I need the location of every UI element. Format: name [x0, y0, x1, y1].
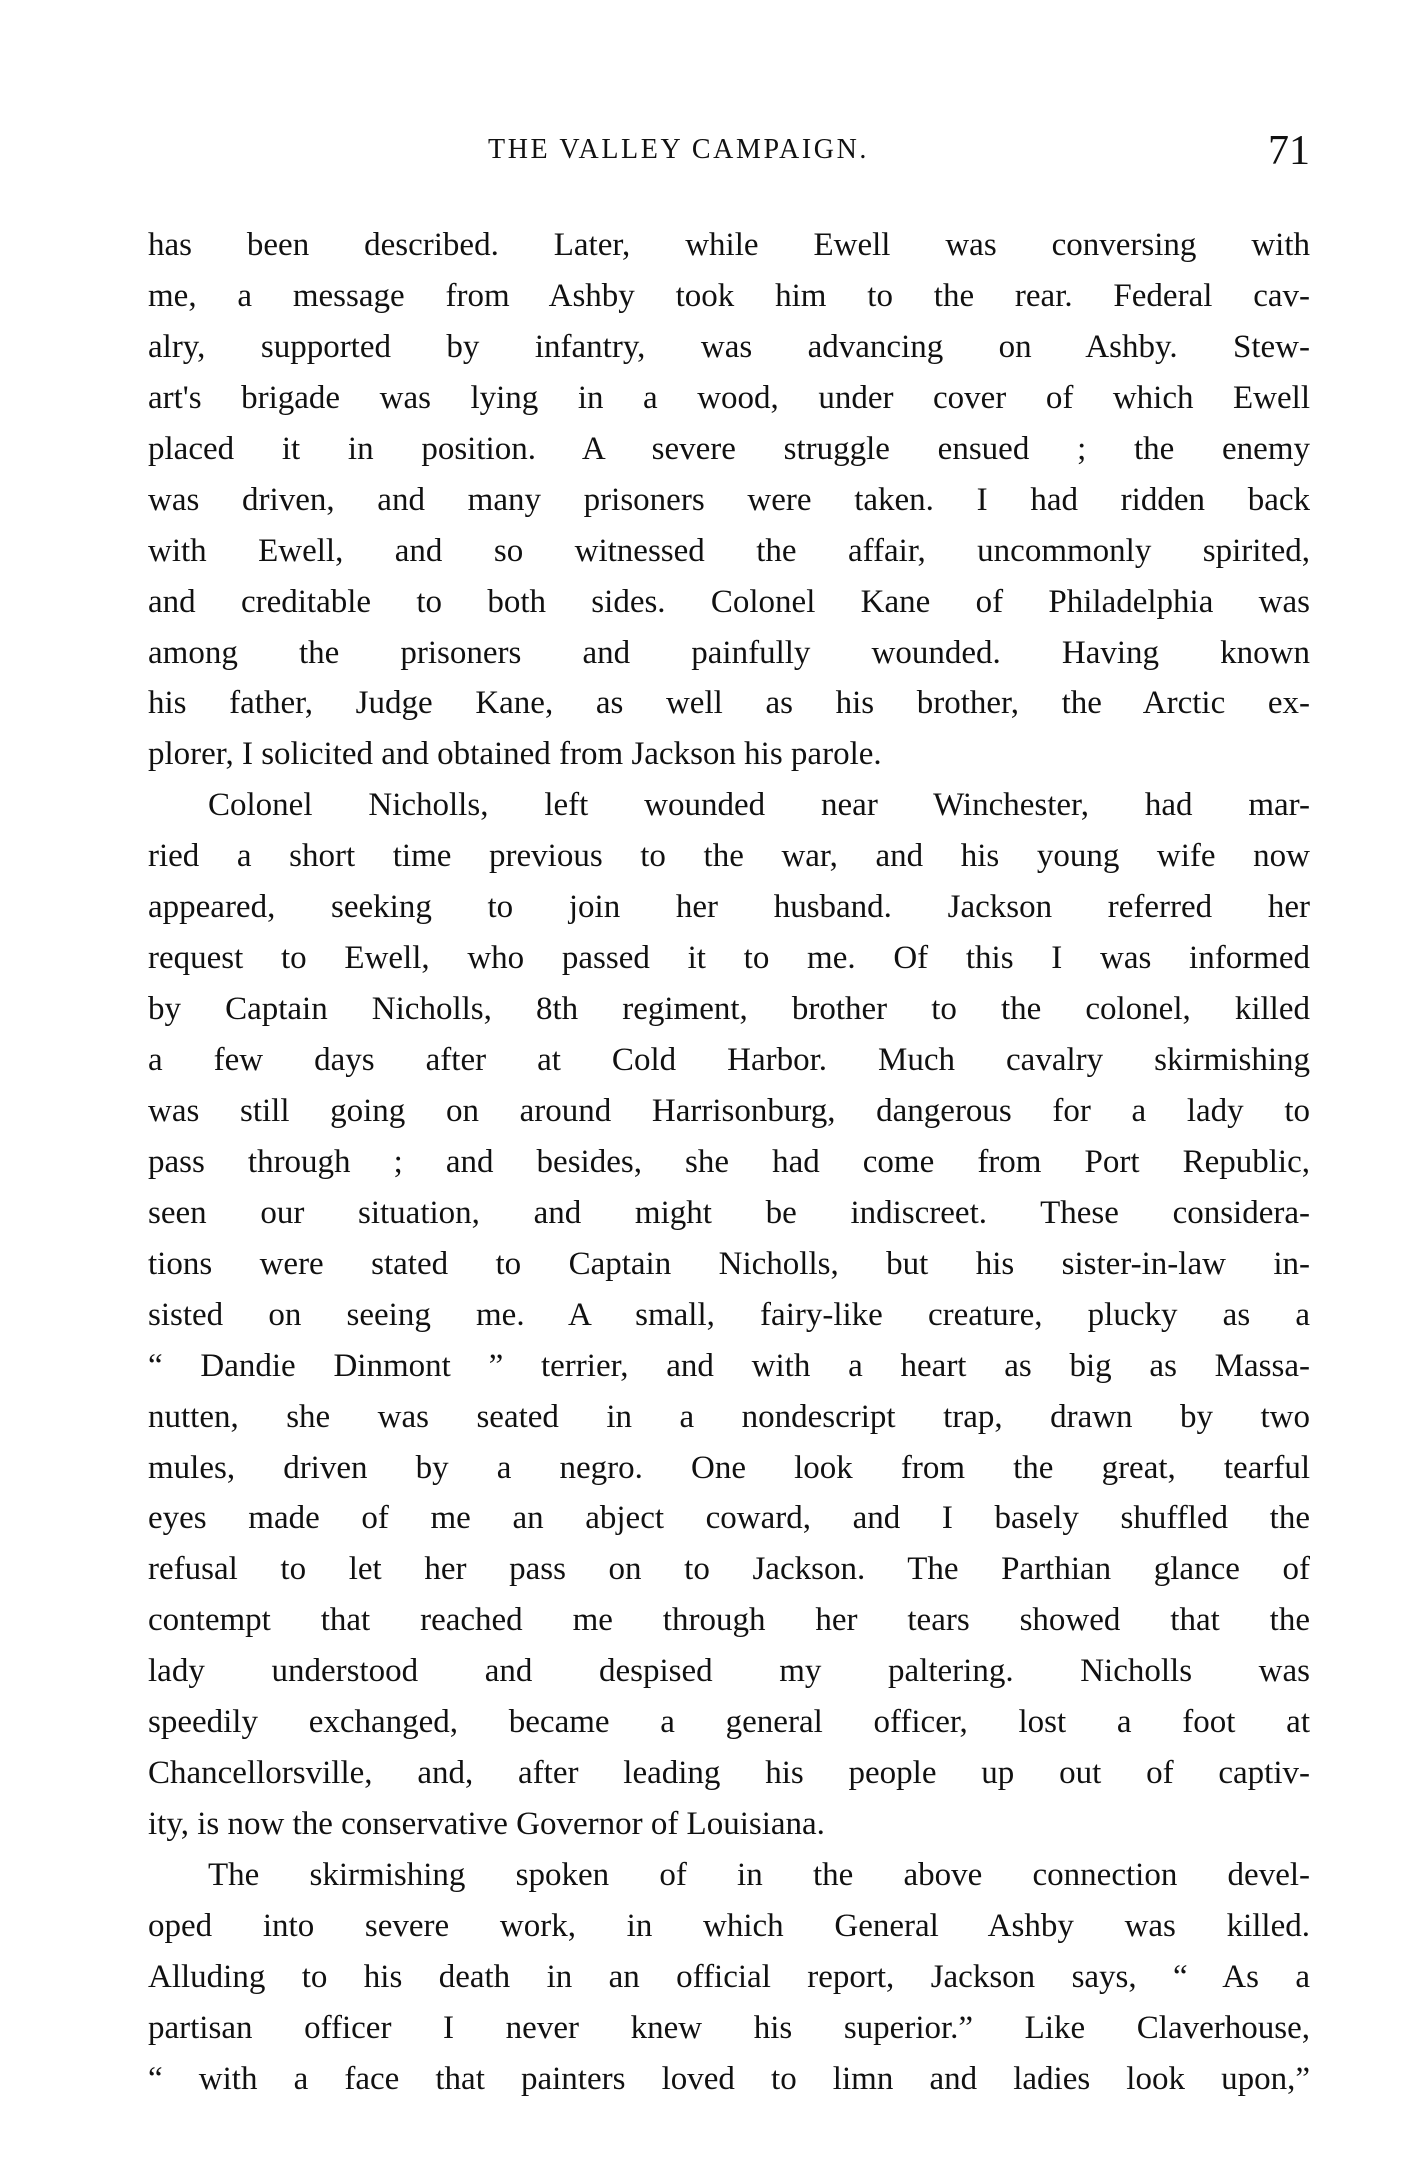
text-line: was still going on around Harrisonburg, … [148, 1086, 1310, 1137]
text-line: lady understood and despised my palterin… [148, 1646, 1310, 1697]
text-line: request to Ewell, who passed it to me. O… [148, 933, 1310, 984]
paragraph-1: has been described. Later, while Ewell w… [148, 220, 1310, 780]
text-line: “ with a face that painters loved to lim… [148, 2054, 1310, 2105]
text-line: sisted on seeing me. A small, fairy-like… [148, 1290, 1310, 1341]
text-line: mules, driven by a negro. One look from … [148, 1443, 1310, 1494]
text-line: was driven, and many prisoners were take… [148, 475, 1310, 526]
text-line: has been described. Later, while Ewell w… [148, 220, 1310, 271]
text-line: art's brigade was lying in a wood, under… [148, 373, 1310, 424]
text-line: his father, Judge Kane, as well as his b… [148, 678, 1310, 729]
text-line: placed it in position. A severe struggle… [148, 424, 1310, 475]
book-page: THE VALLEY CAMPAIGN. 71 has been describ… [0, 0, 1408, 2161]
text-line: among the prisoners and painfully wounde… [148, 628, 1310, 679]
text-line: eyes made of me an abject coward, and I … [148, 1493, 1310, 1544]
text-line: tions were stated to Captain Nicholls, b… [148, 1239, 1310, 1290]
text-line: The skirmishing spoken of in the above c… [148, 1850, 1310, 1901]
text-line: appeared, seeking to join her husband. J… [148, 882, 1310, 933]
text-line: plorer, I solicited and obtained from Ja… [148, 729, 1310, 780]
text-line: contempt that reached me through her tea… [148, 1595, 1310, 1646]
text-line: and creditable to both sides. Colonel Ka… [148, 577, 1310, 628]
body-text: has been described. Later, while Ewell w… [148, 220, 1310, 2105]
paragraph-3: The skirmishing spoken of in the above c… [148, 1850, 1310, 2105]
text-line: me, a message from Ashby took him to the… [148, 271, 1310, 322]
text-line: by Captain Nicholls, 8th regiment, broth… [148, 984, 1310, 1035]
text-line: Alluding to his death in an official rep… [148, 1952, 1310, 2003]
text-line: Colonel Nicholls, left wounded near Winc… [148, 780, 1310, 831]
paragraph-2: Colonel Nicholls, left wounded near Winc… [148, 780, 1310, 1850]
text-line: ried a short time previous to the war, a… [148, 831, 1310, 882]
text-line: ity, is now the conservative Governor of… [148, 1799, 1310, 1850]
text-line: with Ewell, and so witnessed the affair,… [148, 526, 1310, 577]
text-line: refusal to let her pass on to Jackson. T… [148, 1544, 1310, 1595]
text-line: speedily exchanged, became a general off… [148, 1697, 1310, 1748]
text-line: a few days after at Cold Harbor. Much ca… [148, 1035, 1310, 1086]
running-head: THE VALLEY CAMPAIGN. 71 [148, 128, 1310, 172]
text-line: Chancellorsville, and, after leading his… [148, 1748, 1310, 1799]
text-line: partisan officer I never knew his superi… [148, 2003, 1310, 2054]
running-title: THE VALLEY CAMPAIGN. [488, 132, 912, 168]
text-line: seen our situation, and might be indiscr… [148, 1188, 1310, 1239]
text-line: pass through ; and besides, she had come… [148, 1137, 1310, 1188]
text-line: “ Dandie Dinmont ” terrier, and with a h… [148, 1341, 1310, 1392]
page-number: 71 [1268, 130, 1310, 172]
text-line: alry, supported by infantry, was advanci… [148, 322, 1310, 373]
text-line: nutten, she was seated in a nondescript … [148, 1392, 1310, 1443]
text-line: oped into severe work, in which General … [148, 1901, 1310, 1952]
